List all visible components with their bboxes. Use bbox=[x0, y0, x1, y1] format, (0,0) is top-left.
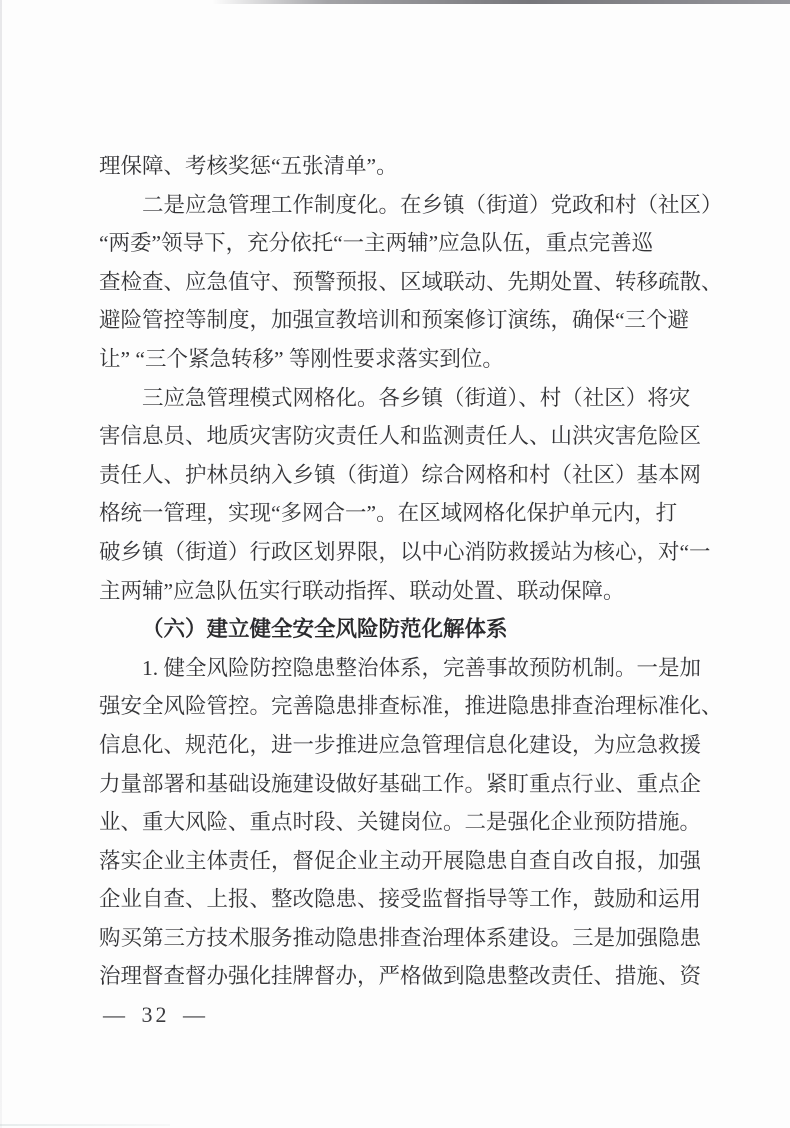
text-line: 二是应急管理工作制度化。在乡镇（街道）党政和村（社区） bbox=[99, 186, 705, 225]
scanned-document-page: 理保障、考核奖惩“五张清单”。二是应急管理工作制度化。在乡镇（街道）党政和村（社… bbox=[0, 0, 790, 1128]
text-line: 企业自查、上报、整改隐患、接受监督指导等工作，鼓励和运用 bbox=[99, 880, 705, 919]
scan-left-edge-artifact bbox=[0, 0, 2, 1128]
text-line: 破乡镇（街道）行政区划界限，以中心消防救援站为核心，对“一 bbox=[99, 533, 705, 572]
text-line: 落实企业主体责任，督促企业主动开展隐患自查自改自报，加强 bbox=[99, 842, 705, 881]
page-number: — 32 — bbox=[103, 1000, 208, 1030]
text-line: 害信息员、地质灾害防灾责任人和监测责任人、山洪灾害危险区 bbox=[99, 417, 705, 456]
text-line: 力量部署和基础设施建设做好基础工作。紧盯重点行业、重点企 bbox=[99, 765, 705, 804]
text-line: 业、重大风险、重点时段、关键岗位。二是强化企业预防措施。 bbox=[99, 803, 705, 842]
text-line: 查检查、应急值守、预警预报、区域联动、先期处置、转移疏散、 bbox=[99, 263, 705, 302]
scan-top-edge-artifact bbox=[212, 0, 790, 4]
text-line: “两委”领导下，充分依托“一主两辅”应急队伍，重点完善巡 bbox=[99, 224, 705, 263]
text-line: 信息化、规范化，进一步推进应急管理信息化建设，为应急救援 bbox=[99, 726, 705, 765]
text-line: 1. 健全风险防控隐患整治体系，完善事故预防机制。一是加 bbox=[99, 649, 705, 688]
section-heading: （六）建立健全安全风险防范化解体系 bbox=[99, 610, 705, 649]
text-line: 三应急管理模式网格化。各乡镇（街道）、村（社区）将灾 bbox=[99, 379, 705, 418]
document-body: 理保障、考核奖惩“五张清单”。二是应急管理工作制度化。在乡镇（街道）党政和村（社… bbox=[99, 147, 705, 996]
text-line: 购买第三方技术服务推动隐患排查治理体系建设。三是加强隐患 bbox=[99, 919, 705, 958]
scan-bottom-smudge-artifact bbox=[0, 1124, 170, 1126]
text-line: 避险管控等制度，加强宣教培训和预案修订演练，确保“三个避 bbox=[99, 301, 705, 340]
text-line: 责任人、护林员纳入乡镇（街道）综合网格和村（社区）基本网 bbox=[99, 456, 705, 495]
text-line: 格统一管理，实现“多网合一”。在区域网格化保护单元内，打 bbox=[99, 494, 705, 533]
text-line: 强安全风险管控。完善隐患排查标准，推进隐患排查治理标准化、 bbox=[99, 687, 705, 726]
text-line: 主两辅”应急队伍实行联动指挥、联动处置、联动保障。 bbox=[99, 572, 705, 611]
text-line: 让” “三个紧急转移” 等刚性要求落实到位。 bbox=[99, 340, 705, 379]
text-line: 治理督查督办强化挂牌督办，严格做到隐患整改责任、措施、资 bbox=[99, 957, 705, 996]
text-line: 理保障、考核奖惩“五张清单”。 bbox=[99, 147, 705, 186]
